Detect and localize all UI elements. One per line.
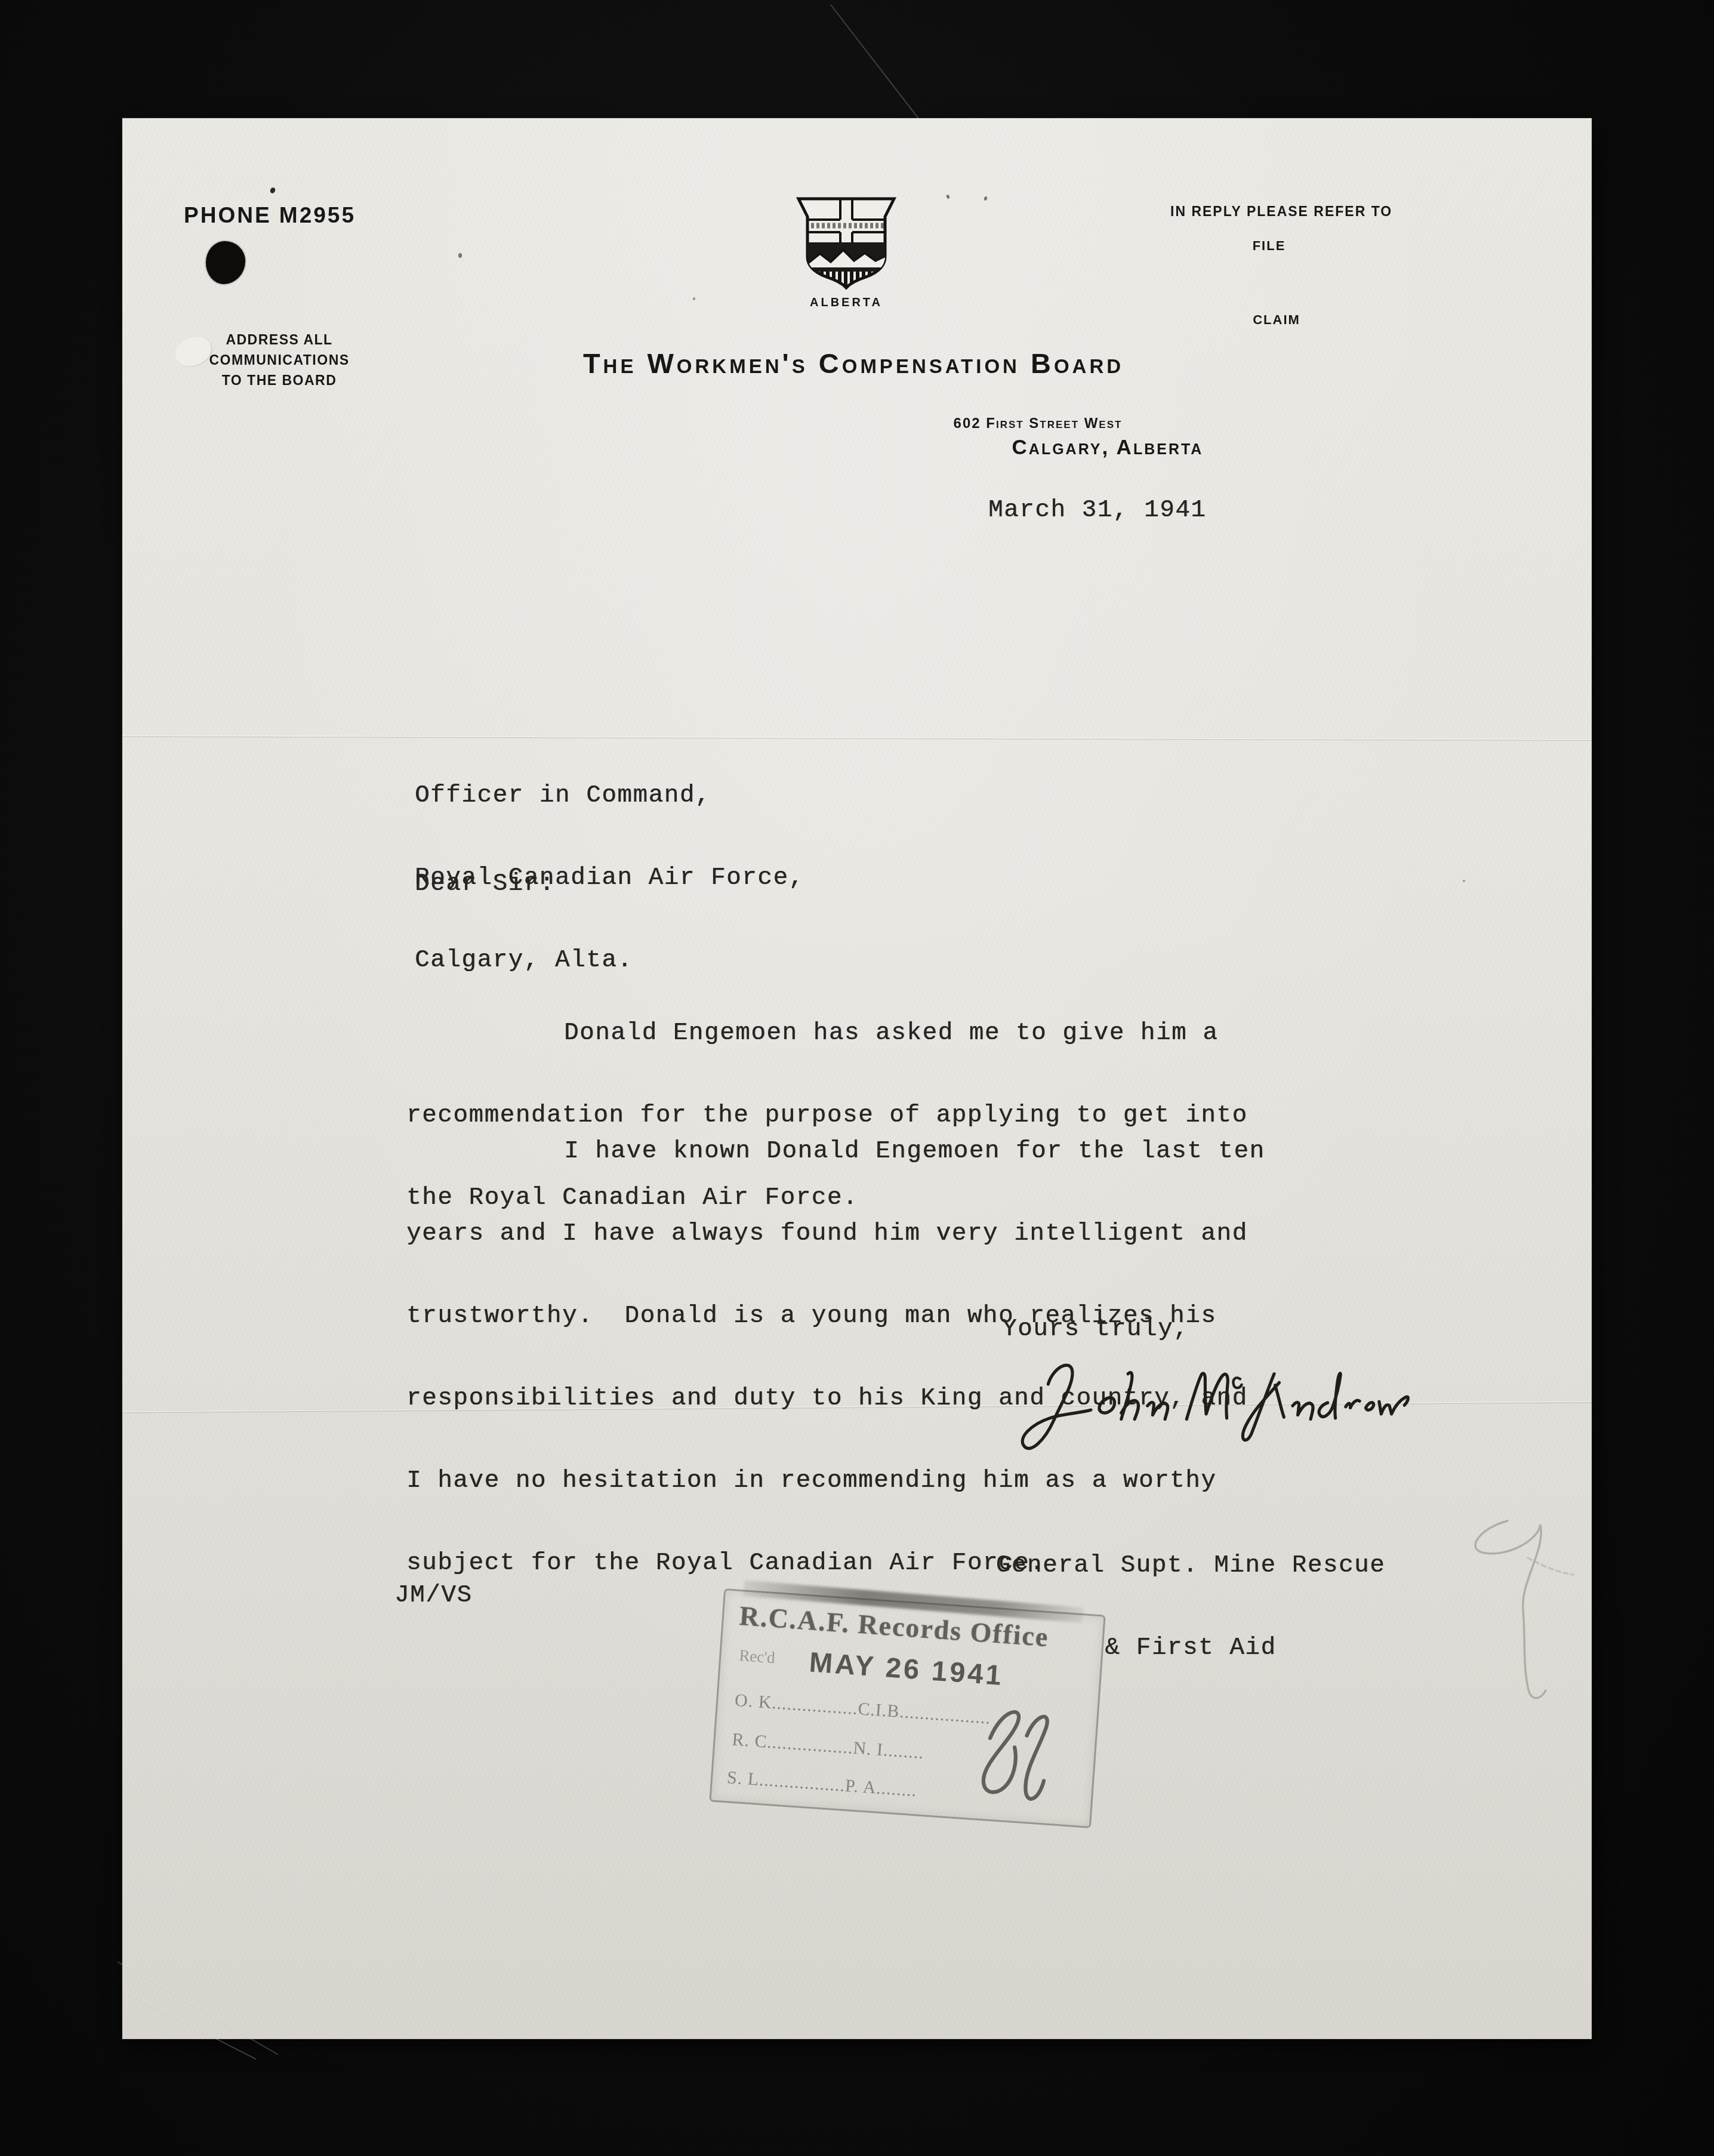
corner-crease [128,1994,257,2060]
letterhead-city: Calgary, Alberta [970,436,1245,460]
letterhead-address-note: ADDRESS ALL COMMUNICATIONS TO THE BOARD [181,329,378,390]
address-note-line2: TO THE BOARD [181,370,378,390]
ink-speck [984,196,988,201]
ink-speck [1463,880,1465,882]
stamp-received-date: MAY 26 1941 [808,1645,1004,1692]
ink-speck [458,253,462,258]
reply-claim-label: CLAIM [1226,312,1327,328]
pencil-scribble-mark [1456,1504,1587,1719]
reply-refer-note: IN REPLY PLEASE REFER TO [1170,204,1505,220]
crest-caption: ALBERTA [794,296,899,310]
ink-speck [269,187,276,194]
alberta-crest-icon [794,195,899,292]
stamp-received-label: Rec'd [738,1646,775,1667]
salutation: Dear Sir: [415,870,555,898]
body-line: trustworthy. Donald is a young man who r… [406,1302,1361,1330]
signature-john-mcandrew-handwriting [1004,1347,1416,1466]
letterhead-street-address: 602 First Street West [915,415,1160,432]
body-line: I have no hesitation in recommending him… [406,1467,1361,1495]
reply-file-label: FILE [1226,238,1312,254]
organization-name: The Workmen's Compensation Board [549,347,1158,380]
letter-page: PHONE M2955 ADDRESS ALL COMMUNICATIONS T… [122,118,1592,2039]
scan-photograph-background: { "letterhead": { "phone": "PHONE M2955"… [0,0,1714,2156]
signer-title-line: General Supt. Mine Rescue [946,1552,1435,1579]
ink-speck [946,194,950,199]
reference-initials: JM/VS [394,1582,473,1609]
rcaf-records-office-stamp: R.C.A.F. Records Office Rec'd MAY 26 194… [709,1588,1105,1828]
letter-date: March 31, 1941 [988,497,1206,524]
ink-speck [693,297,695,300]
body-line: Donald Engemoen has asked me to give him… [406,1020,1361,1047]
punch-hole [206,241,245,284]
body-line: I have known Donald Engemoen for the las… [406,1138,1361,1165]
body-line: years and I have always found him very i… [406,1220,1361,1248]
stamp-row-ok-cib: O. K.................C.I.B..............… [734,1690,991,1729]
closing-phrase: Yours truly, [1002,1316,1189,1343]
stamp-row-rc-ni: R. C.................N. I........ [731,1730,924,1763]
letterhead-phone: PHONE M2955 [184,203,356,228]
stamp-row-sl-pa: S. L.................P. A........ [726,1767,917,1801]
handwritten-initials-on-stamp [961,1700,1059,1825]
address-note-line1: ADDRESS ALL COMMUNICATIONS [181,329,378,370]
corner-crease [118,1961,278,2055]
fold-crease-upper [122,735,1592,741]
recipient-line: Officer in Command, [415,782,804,809]
